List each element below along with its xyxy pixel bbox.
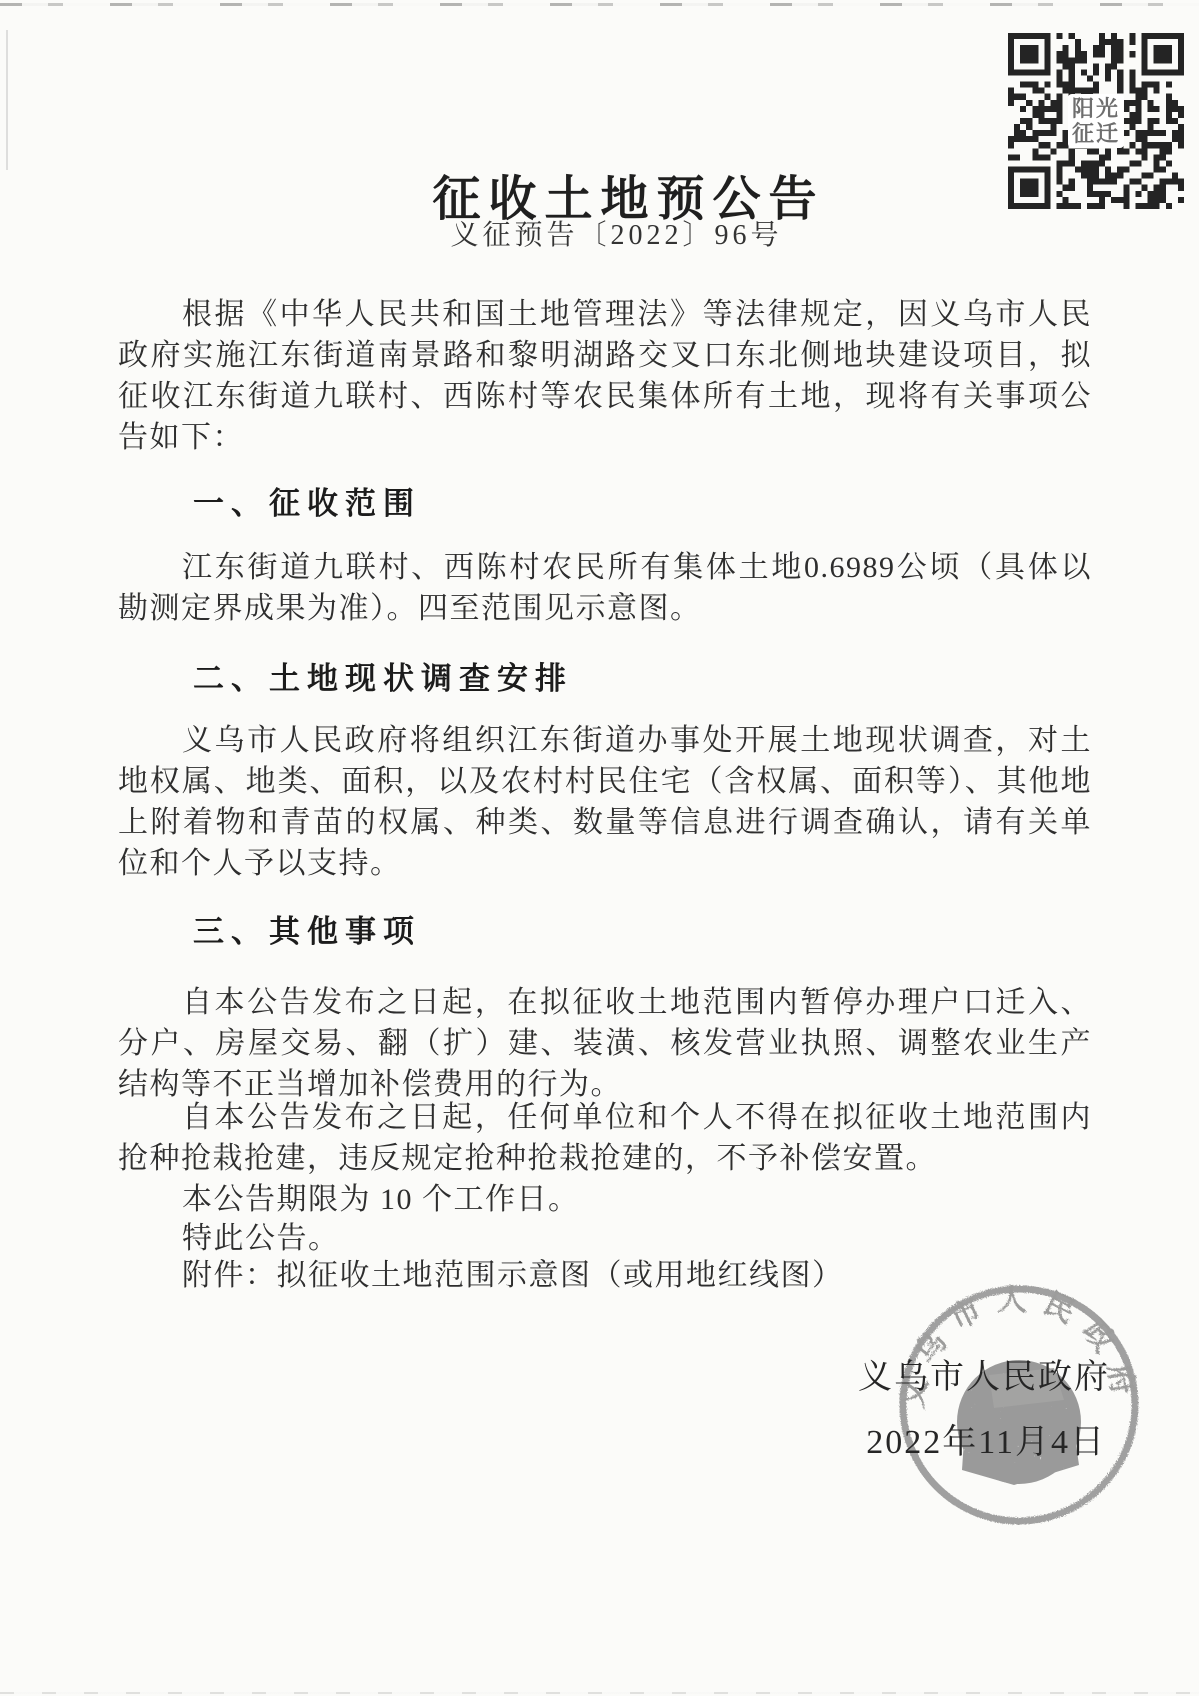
scan-artifact-top [0, 3, 1199, 6]
section1-paragraph: 江东街道九联村、西陈村农民所有集体土地0.6989公顷（具体以勘测定界成果为准）… [118, 547, 1092, 629]
scanned-document-page: 阳光 征迁 征收土地预公告 义征预告〔2022〕96号 根据《中华人民共和国土地… [0, 0, 1199, 1696]
section3-heading: 三、其他事项 [193, 906, 421, 951]
section1-heading: 一、征收范围 [193, 478, 421, 523]
scan-artifact-left [6, 30, 8, 170]
official-seal-graphic: 义乌市人民政府 [894, 1280, 1144, 1530]
qr-label-line1: 阳光 [1072, 96, 1120, 121]
intro-paragraph: 根据《中华人民共和国土地管理法》等法律规定，因义乌市人民政府实施江东街道南景路和… [118, 294, 1092, 458]
section2-heading: 二、土地现状调查安排 [193, 653, 573, 698]
issuer-signature: 义乌市人民政府 [858, 1349, 1110, 1398]
document-number: 义征预告〔2022〕96号 [0, 213, 1199, 253]
issue-date: 2022年11月4日 [866, 1414, 1106, 1463]
section3-paragraph-2: 自本公告发布之日起，任何单位和个人不得在拟征收土地范围内抢种抢栽抢建，违反规定抢… [118, 1097, 1092, 1179]
scan-artifact-bottom [0, 1692, 1199, 1694]
section2-paragraph: 义乌市人民政府将组织江东街道办事处开展土地现状调查，对土地权属、地类、面积，以及… [118, 720, 1092, 884]
hereby-announced-line: 特此公告。 [118, 1218, 1092, 1259]
section3-paragraph-1: 自本公告发布之日起，在拟征收土地范围内暂停办理户口迁入、分户、房屋交易、翻（扩）… [118, 982, 1092, 1105]
official-seal: 义乌市人民政府 [894, 1280, 1144, 1530]
qr-center-label: 阳光 征迁 [1068, 94, 1124, 148]
qr-label-line2: 征迁 [1072, 121, 1120, 146]
notice-period-line: 本公告期限为 10 个工作日。 [118, 1179, 1092, 1220]
